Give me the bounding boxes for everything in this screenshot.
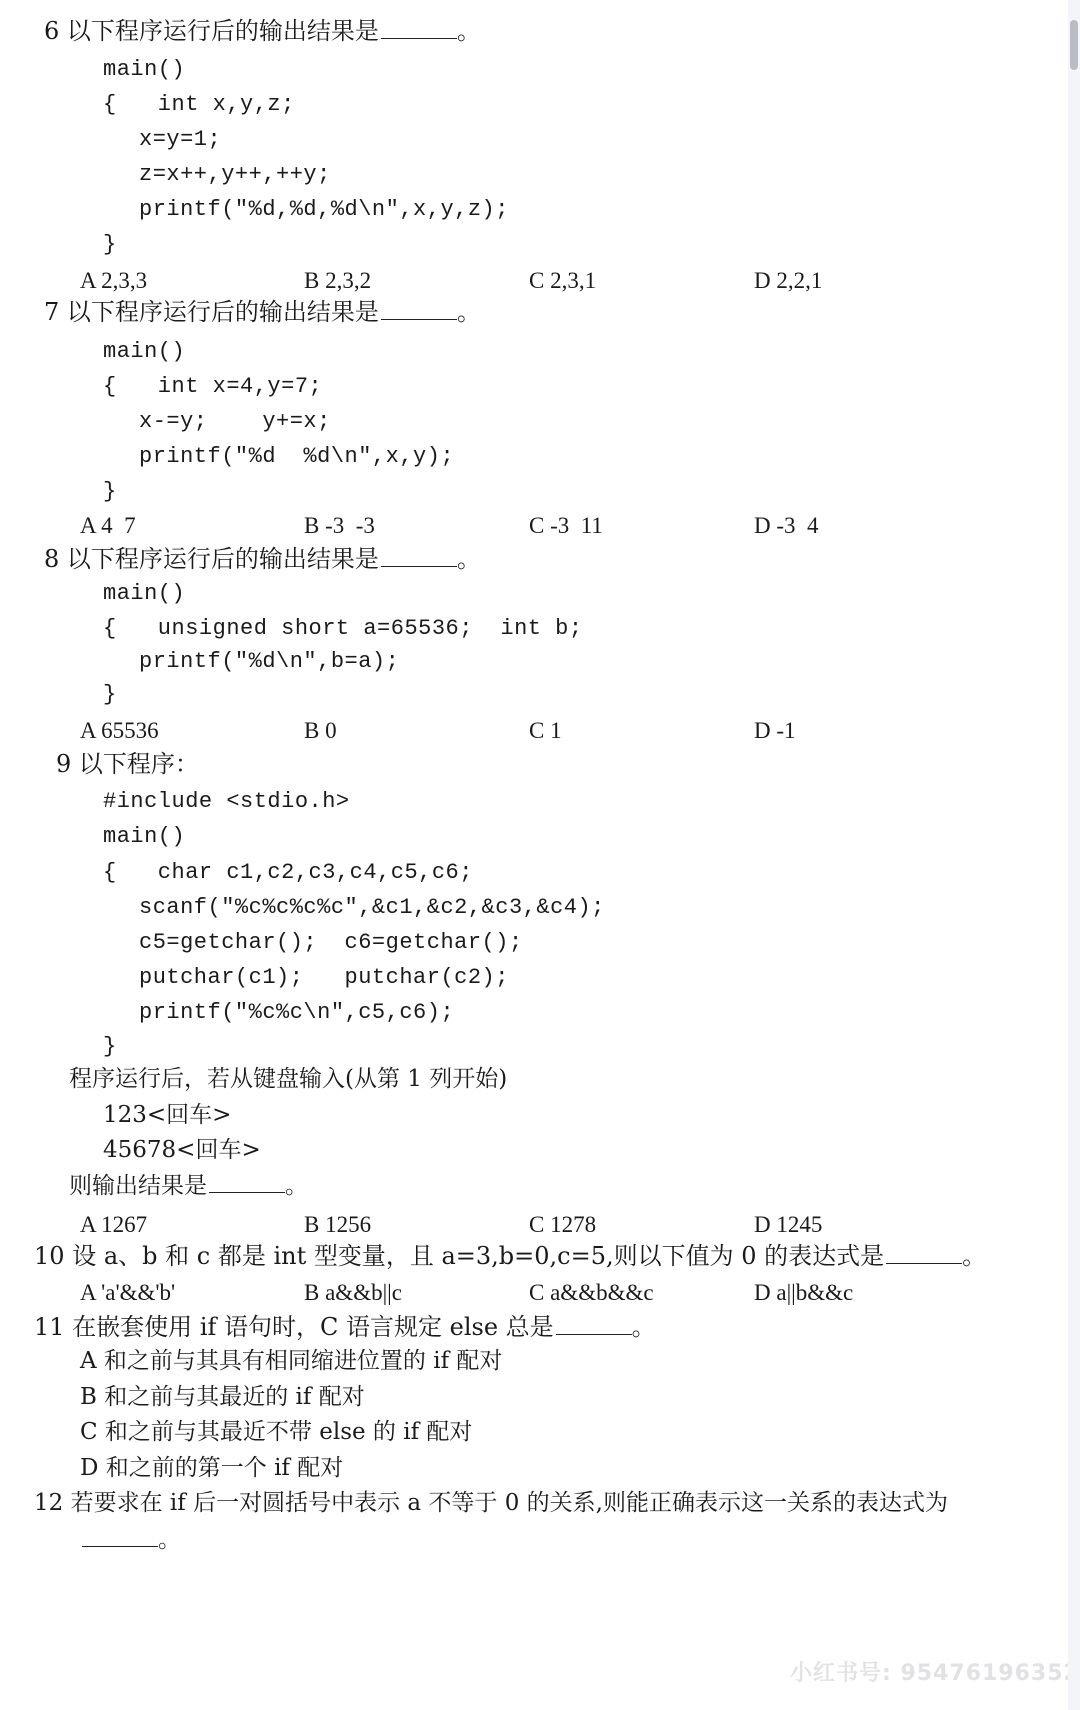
code-line: main() (103, 579, 185, 609)
question-8-stem: 8 以下程序运行后的输出结果是。 (44, 544, 481, 574)
question-12-answer-line: 。 (80, 1524, 181, 1555)
question-11-stem: 11 在嵌套使用 if 语句时，C 语言规定 else 总是。 (34, 1312, 656, 1342)
answer-blank (381, 297, 457, 320)
option-a: A 'a'&&'b' (80, 1278, 175, 1308)
option-b: B -3 -3 (304, 511, 375, 541)
code-line: printf("%d,%d,%d\n",x,y,z); (139, 195, 509, 225)
option-c: C -3 11 (529, 511, 603, 541)
code-line: scanf("%c%c%c%c",&c1,&c2,&c3,&c4); (139, 893, 605, 923)
answer-blank (82, 1524, 158, 1547)
question-9-input-desc: 程序运行后，若从键盘输入(从第 1 列开始) (69, 1064, 507, 1094)
code-line: printf("%c%c\n",c5,c6); (139, 998, 454, 1028)
code-line: c5=getchar(); c6=getchar(); (139, 928, 523, 958)
code-line: main() (103, 337, 185, 367)
code-line: { unsigned short a=65536; int b; (103, 614, 583, 644)
code-line: } (103, 230, 117, 260)
scrollbar-thumb[interactable] (1070, 20, 1078, 70)
watermark: 小红书号: 95476196352 (790, 1656, 1080, 1687)
code-line: putchar(c1); putchar(c2); (139, 963, 509, 993)
option-a: A 65536 (80, 716, 159, 746)
code-line: { char c1,c2,c3,c4,c5,c6; (103, 858, 473, 888)
exam-page: 6 以下程序运行后的输出结果是。 main() { int x,y,z; x=y… (0, 0, 1066, 1710)
code-line: printf("%d %d\n",x,y); (139, 442, 454, 472)
code-line: } (103, 1032, 117, 1062)
option-a: A 1267 (80, 1210, 147, 1240)
option-c: C a&&b&&c (529, 1278, 654, 1308)
code-line: } (103, 477, 117, 507)
question-7-stem: 7 以下程序运行后的输出结果是。 (44, 297, 481, 327)
option-a: A 和之前与其具有相同缩进位置的 if 配对 (80, 1346, 502, 1376)
code-line: x=y=1; (139, 125, 221, 155)
answer-blank (381, 16, 457, 39)
answer-blank (381, 544, 457, 567)
option-d: D -1 (754, 716, 796, 746)
question-9-result-stem: 则输出结果是。 (69, 1170, 308, 1201)
code-line: #include <stdio.h> (103, 787, 350, 817)
option-d: D 2,2,1 (754, 266, 822, 296)
option-c: C 1 (529, 716, 562, 746)
question-6-stem: 6 以下程序运行后的输出结果是。 (44, 16, 481, 46)
keyboard-input-line: 45678<回车> (103, 1135, 261, 1165)
option-b: B 和之前与其最近的 if 配对 (80, 1382, 365, 1412)
option-a: A 4 7 (80, 511, 136, 541)
question-12-stem: 12 若要求在 if 后一对圆括号中表示 a 不等于 0 的关系,则能正确表示这… (34, 1488, 948, 1518)
option-d: D 1245 (754, 1210, 822, 1240)
option-b: B 1256 (304, 1210, 371, 1240)
code-line: printf("%d\n",b=a); (139, 647, 399, 677)
code-line: main() (103, 55, 185, 85)
option-d: D a||b&&c (754, 1278, 853, 1308)
keyboard-input-line: 123<回车> (103, 1100, 231, 1130)
option-c: C 2,3,1 (529, 266, 596, 296)
code-line: { int x,y,z; (103, 90, 295, 120)
code-line: x-=y; y+=x; (139, 407, 331, 437)
question-10-stem: 10 设 a、b 和 c 都是 int 型变量，且 a=3,b=0,c=5,则以… (34, 1241, 986, 1271)
option-c: C 1278 (529, 1210, 596, 1240)
option-a: A 2,3,3 (80, 266, 147, 296)
code-line: z=x++,y++,++y; (139, 160, 331, 190)
answer-blank (886, 1241, 962, 1264)
option-b: B a&&b||c (304, 1278, 402, 1308)
answer-blank (556, 1312, 632, 1335)
option-b: B 0 (304, 716, 337, 746)
question-9-stem: 9 以下程序： (56, 749, 199, 779)
code-line: } (103, 680, 117, 710)
option-d: D -3 4 (754, 511, 819, 541)
option-c: C 和之前与其最近不带 else 的 if 配对 (80, 1417, 472, 1447)
code-line: main() (103, 822, 185, 852)
option-b: B 2,3,2 (304, 266, 371, 296)
scrollbar[interactable] (1068, 0, 1080, 1710)
option-d: D 和之前的第一个 if 配对 (80, 1453, 343, 1483)
answer-blank (209, 1170, 285, 1193)
code-line: { int x=4,y=7; (103, 372, 322, 402)
